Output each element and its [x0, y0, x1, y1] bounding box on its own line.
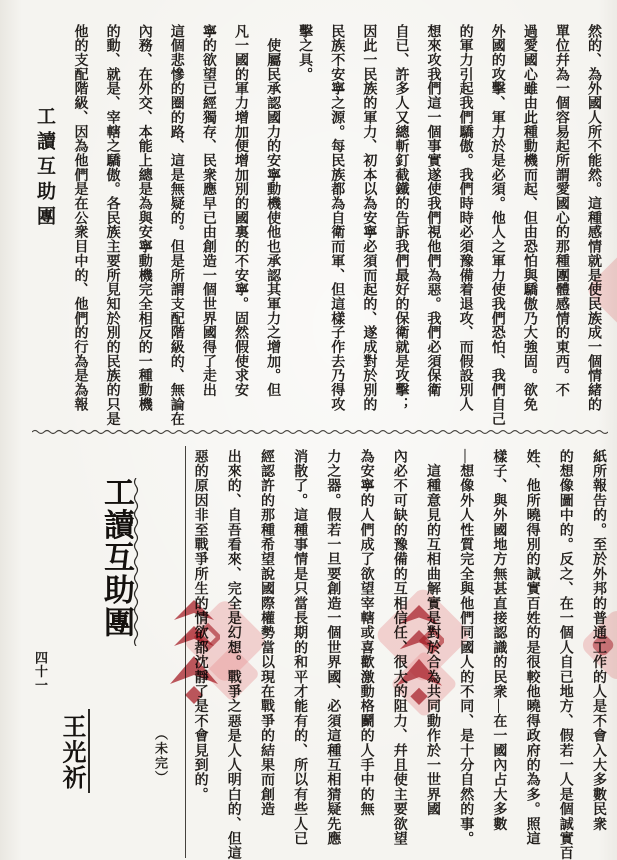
text-column: 為安寧的人們成了欲望宰轄或喜歡激動格鬬的人手中的無	[349, 449, 382, 849]
text-column: 的想像圖中的。反之、在一個人自已地方、假若一人是個誠實百	[549, 449, 582, 849]
text-column: 寧的欲望已經獨存、民衆應早已由創造一個世界國得了走出	[192, 24, 224, 430]
running-title: 工讀互助團	[31, 106, 58, 231]
text-column: 力之器。假若一旦要創造一個世界國、必須這種互相猜疑先應	[316, 449, 349, 849]
text-column: 想來攻我們這一個事實遂使我們視他們為惡。我們必須保衛	[416, 24, 448, 430]
text-column: 這個悲慘的圈的路、這是無疑的。但是所謂支配階級的、無論在	[160, 24, 192, 430]
text-column: 這種意見的互相曲解實是對於合為共同動作於一世界國	[416, 449, 449, 849]
text-column: 凡一國的軍力增加便增加別的國裏的不安寧。固然假使求安	[224, 24, 256, 430]
text-column: 消散了。這種事情是只當長期的和平才能有的、所以有些人已	[283, 449, 316, 849]
text-column: 然的、為外國人所不能然。這種感情就是使民族成一個情緒的	[577, 24, 609, 430]
text-column: 因此一民族的軍力、初本以為安寧必須而起的、遂成對於別的	[352, 24, 384, 430]
bottom-page-text: 紙所報告的。至於外邦的普通工作的人是不會入大多數民衆 的想像圖中的。反之、在一個…	[183, 449, 615, 849]
text-column: —想像外人性質完全與他們同國人的不同、是十分自然的事。	[449, 449, 482, 849]
page-number: 四十一	[31, 651, 50, 692]
text-column: 民族不安寧之源。每民族都為自衛而軍、但這樣子作去乃得攻	[320, 24, 352, 430]
text-column: 的軍力引起我們驕傲。我們時時必須豫備着退攻、而假設別人	[449, 24, 481, 430]
text-column: 自已、許多人又總斬釘截鐵的告訴我們最好的保衛就是攻擊；	[384, 24, 416, 430]
page-separator-line	[32, 424, 608, 434]
text-column: 紙所報告的。至於外邦的普通工作的人是不會入大多數民衆	[582, 449, 615, 849]
text-column: 他的支配階級、因為他們是在公衆目中的、他們的行為是為報	[63, 24, 95, 430]
text-column: 使屬民承認國力的安寧動機使他也承認其軍力之增加。但	[256, 24, 288, 430]
text-column: 內務、在外交、本能上總是為與安寧動機完全相反的一種動機	[128, 24, 160, 430]
book-title-wavy-mark	[131, 478, 140, 646]
text-column: 出來的、自吾看來、完全是幻想。戰爭之惡是人人明白的、但這些	[217, 449, 250, 849]
text-column: 單位幷為一個容易起所謂愛國心的那種團體感情的東西。不	[545, 24, 577, 430]
author-name: 王光祈	[54, 714, 89, 791]
text-column: 過愛國心雖由此種動機而起、但由恐怕與驕傲乃大強固。欲免	[513, 24, 545, 430]
top-page-text: 然的、為外國人所不能然。這種感情就是使民族成一個情緒的 單位幷為一個容易起所謂愛…	[63, 24, 609, 430]
text-column: 惡的原因非至戰爭所生的情欲都沈靜了是不會見到的。	[183, 449, 216, 849]
text-column: 樣子、與外國地方無甚直接認識的民衆—在一國內占大多數	[482, 449, 515, 849]
text-column: 外國的攻擊、軍力於是必須。他人之軍力使我們恐怕、我們自己	[481, 24, 513, 430]
to-be-continued-note: （未完）	[151, 727, 170, 785]
text-column: 經認許的那種希望說國際權勢當以現在戰爭的結果而創造	[250, 449, 283, 849]
scanned-page: 工讀互助團 然的、為外國人所不能然。這種感情就是使民族成一個情緒的 單位幷為一個…	[0, 0, 617, 860]
text-column: 的動、就是、宰轄之驕傲。各民族主要所見知於別的民族的只是	[96, 24, 128, 430]
text-column: 內必不可缺的豫備的互相信任、很大的阻力、幷且使主要欲望	[383, 449, 416, 849]
column-divider-line	[185, 446, 186, 858]
text-column: 姓、他所曉得別的誠實百姓的是很較他曉得政府的為多。照這	[515, 449, 548, 849]
text-column: 擊之具。	[288, 24, 320, 430]
